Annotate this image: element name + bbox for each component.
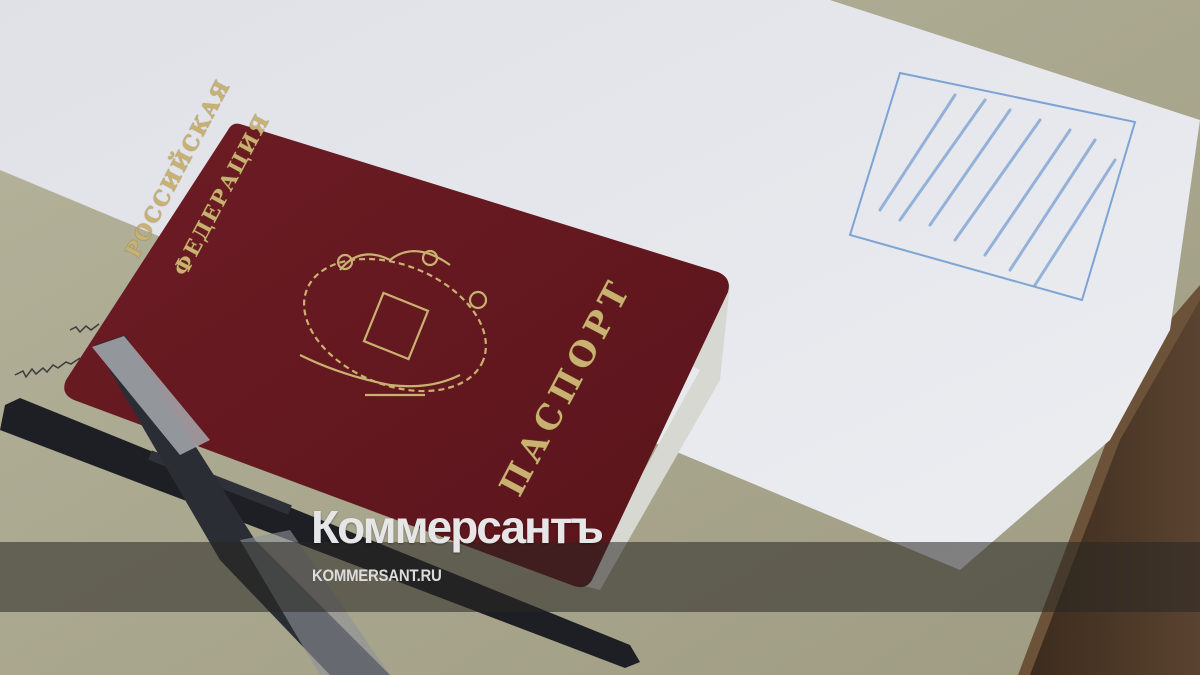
- news-photo: РОССИЙСКАЯ ФЕДЕРАЦИЯ ПАСПОРТ Коммерсантъ…: [0, 0, 1200, 675]
- watermark-site-url: KOMMERSANT.RU: [312, 566, 442, 586]
- watermark-brand-logo: Коммерсантъ: [311, 500, 602, 554]
